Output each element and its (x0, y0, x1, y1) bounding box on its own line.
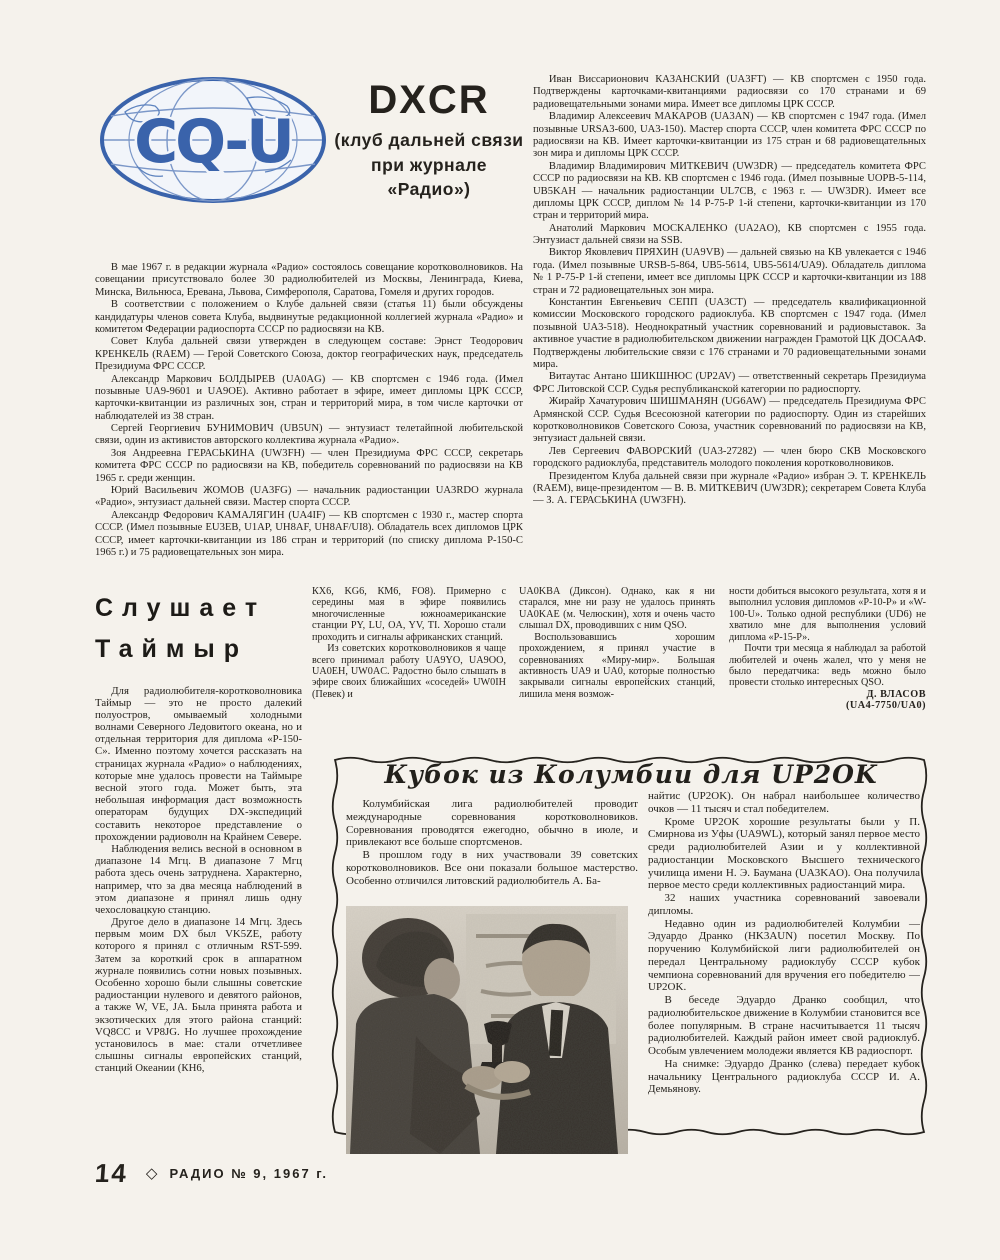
paragraph: Иван Виссарионович КАЗАНСКИЙ (UA3FT) — К… (533, 74, 926, 111)
paragraph: Другое дело в диапазоне 14 Мгц. Здесь пе… (95, 916, 302, 1074)
dxcr-header: CQ-U DXCR (клуб дальней связи при журнал… (95, 72, 523, 262)
paragraph: В прошлом году в них участвовали 39 сове… (346, 849, 638, 887)
paragraph: ности добиться высокого результата, хотя… (729, 586, 926, 643)
dxcr-article-right-column: Иван Виссарионович КАЗАНСКИЙ (UA3FT) — К… (533, 74, 926, 576)
photo-image (346, 906, 628, 1154)
cup-left-column: Колумбийская лига радиолюбителей проводи… (346, 798, 638, 906)
cup-article-box: Кубок из Колумбии для UP2OK Колумбийская… (330, 750, 932, 1168)
paragraph: Витаутас Антано ШИКШНЮС (UP2AV) — ответс… (533, 371, 926, 396)
dxcr-title: DXCR (333, 80, 523, 120)
journal-issue-label: РАДИО № 9, 1967 г. (169, 1166, 328, 1181)
paragraph: В соответствии с положением о Клубе даль… (95, 299, 523, 336)
cq-u-globe-logo: CQ-U (97, 74, 329, 206)
dxcr-article-left-column: CQ-U DXCR (клуб дальней связи при журнал… (95, 72, 523, 574)
paragraph: Лев Сергеевич ФАВОРСКИЙ (UA3-27282) — чл… (533, 446, 926, 471)
award-ceremony-photo (346, 906, 628, 1154)
paragraph: На снимке: Эдуардо Дранко (слева) переда… (648, 1058, 920, 1096)
paragraph: Почти три месяца я наблюдал за работой л… (729, 643, 926, 689)
paragraph: найтис (UP2OK). Он набрал наибольшее кол… (648, 790, 920, 816)
taimyr-column-4: ности добиться высокого результата, хотя… (729, 586, 926, 746)
paragraph: Колумбийская лига радиолюбителей проводи… (346, 798, 638, 849)
paragraph: Воспользовавшись хорошим прохождением, я… (519, 632, 715, 701)
paragraph: Для радиолюбителя-коротковолновика Таймы… (95, 685, 302, 843)
page-number: 14 (94, 1158, 129, 1189)
paragraph: Недавно один из радиолюбителей Колумбии … (648, 918, 920, 995)
paragraph: В беседе Эдуардо Дранко сообщил, что рад… (648, 994, 920, 1058)
page-footer: 14 ◇ РАДИО № 9, 1967 г. (95, 1158, 328, 1188)
magazine-page: CQ-U DXCR (клуб дальней связи при журнал… (0, 0, 1000, 1260)
taimyr-heading-line1: Слушает (95, 588, 302, 629)
paragraph: Владимир Алексеевич МАКАРОВ (UA3AN) — КВ… (533, 111, 926, 161)
paragraph: Константин Евгеньевич СЕПП (UA3CT) — пре… (533, 297, 926, 371)
paragraph: Виктор Яковлевич ПРЯХИН (UA9VB) — дальне… (533, 247, 926, 297)
taimyr-column-2: КХ6, KG6, КМ6, FO8). Примерно с середины… (312, 586, 506, 746)
paragraph: КХ6, KG6, КМ6, FO8). Примерно с середины… (312, 586, 506, 643)
paragraph: Владимир Владимирович МИТКЕВИЧ (UW3DR) —… (533, 161, 926, 223)
paragraph: Сергей Георгиевич БУНИМОВИЧ (UB5UN) — эн… (95, 423, 523, 448)
paragraph: Кроме UP2OK хорошие результаты были у П.… (648, 816, 920, 893)
paragraph: Юрий Васильевич ЖОМОВ (UA3FG) — начальни… (95, 485, 523, 510)
paragraph: В мае 1967 г. в редакции журнала «Радио»… (95, 262, 523, 299)
paragraph: Александр Федорович КАМАЛЯГИН (UA4IF) — … (95, 510, 523, 560)
paragraph: Жирайр Хачатурович ШИШМАНЯН (UG6AW) — пр… (533, 396, 926, 446)
paragraph: Зоя Андреевна ГЕРАСЬКИНА (UW3FH) — член … (95, 448, 523, 485)
paragraph: UA0KBA (Диксон). Однако, как я ни старал… (519, 586, 715, 632)
cup-right-column: найтис (UP2OK). Он набрал наибольшее кол… (648, 790, 920, 1158)
author-signature: Д. ВЛАСОВ (729, 689, 926, 700)
logo-text: CQ-U (134, 107, 292, 177)
cup-article-title: Кубок из Колумбии для UP2OK (330, 760, 932, 789)
paragraph: 32 наших участника соревнований завоевал… (648, 892, 920, 918)
paragraph: Александр Маркович БОЛДЫРЕВ (UA0AG) — КВ… (95, 374, 523, 424)
dxcr-subtitle-line1: (клуб дальней связи (333, 128, 523, 153)
dxcr-subtitle-line2: при журнале «Радио») (333, 153, 523, 202)
globe-icon: CQ-U (97, 74, 329, 206)
taimyr-column-1: Слушает Таймыр Для радиолюбителя-коротко… (95, 588, 302, 1140)
author-callsign: (UA4-7750/UA0) (729, 700, 926, 711)
taimyr-column-3: UA0KBA (Диксон). Однако, как я ни старал… (519, 586, 715, 746)
taimyr-heading-line2: Таймыр (95, 629, 302, 670)
paragraph: Анатолий Маркович МОСКАЛЕНКО (UA2AO), КВ… (533, 223, 926, 248)
paragraph: Наблюдения велись весной в основном в ди… (95, 843, 302, 916)
paragraph: Президентом Клуба дальней связи при журн… (533, 471, 926, 508)
paragraph: Из советских коротковолновиков я чаще вс… (312, 643, 506, 700)
paragraph: Совет Клуба дальней связи утвержден в сл… (95, 336, 523, 373)
diamond-icon: ◇ (146, 1164, 158, 1182)
